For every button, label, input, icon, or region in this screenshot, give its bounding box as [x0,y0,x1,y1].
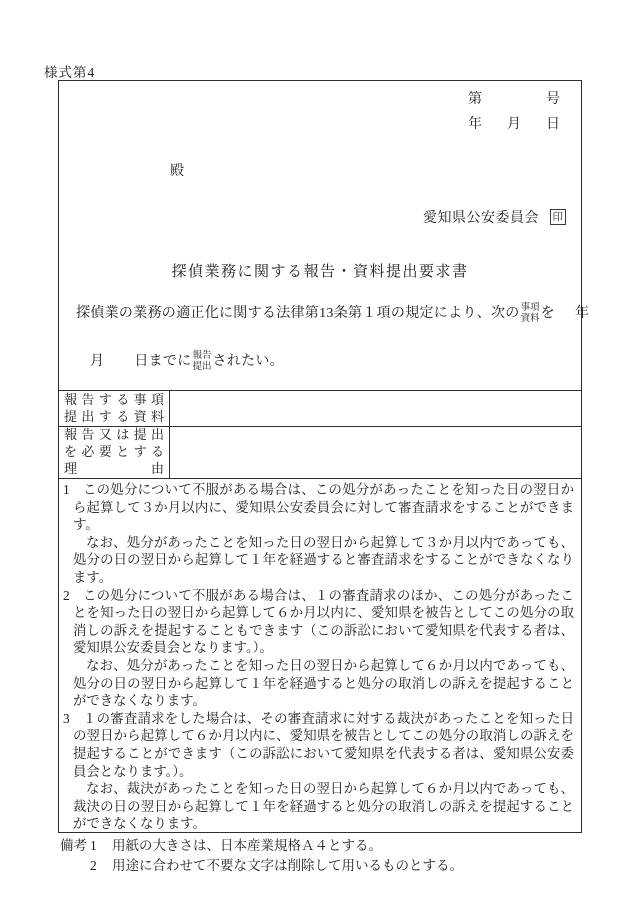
body-line1-particle: を [541,306,555,321]
note-1-supplement: なお、処分があったことを知った日の翌日から起算して３か月以内であっても、処分の日… [73,534,574,587]
form-number-label: 様式第4 [44,61,95,81]
note-1-main: 1この処分について不服がある場合は、この処分があったことを知った日の翌日から起算… [73,481,574,534]
table-label-line: 理 由 [64,461,164,478]
note-3-main: 3１の審査請求をした場合は、その審査請求に対する裁決があったことを知った日の翌日… [73,710,574,780]
issuer-line: 愛知県公安委員会 印 [423,207,566,227]
body-paragraph-line2: 月日までに報告提出されたい。 [76,350,284,372]
note-2-main: 2この処分について不服がある場合は、１の審査請求のほか、この処分があったことを知… [73,587,574,657]
stack-bottom: 資料 [521,314,540,325]
body-line1-year: 年 [575,306,589,321]
note-2: 2この処分について不服がある場合は、１の審査請求のほか、この処分があったことを知… [73,587,574,710]
doc-number-suffix: 号 [546,88,560,108]
date-line: 年 月 日 [468,113,560,133]
table-label-line: 報 告 又 は 提 出 [64,427,164,444]
remark-item-1: 備考 1 用紙の大きさは、日本産業規格Ａ４とする。 [60,836,463,856]
date-day-label: 日 [546,113,560,133]
note-text: この処分について不服がある場合は、１の審査請求のほか、この処分があったことを知っ… [73,588,574,656]
remark-text: 用途に合わせて不要な文字は削除して用いるものとする。 [112,856,463,876]
remark-text: 用紙の大きさは、日本産業規格Ａ４とする。 [112,836,382,856]
table-label-line: 報 告 す る 事 項 [64,392,164,409]
document-number-line: 第 号 [468,88,560,108]
issuer-name: 愛知県公安委員会 [423,207,539,227]
date-year-label: 年 [468,113,482,133]
table-label-line: 提 出 す る 資 料 [64,409,164,426]
table-label-line: を 必 要 と す る [64,444,164,461]
stack-report-or-submit: 報告提出 [193,351,212,372]
stack-bottom: 提出 [193,362,212,373]
body-line2-month: 月 [90,354,104,369]
appeal-notes-section: 1この処分について不服がある場合は、この処分があったことを知った日の翌日から起算… [59,478,581,832]
note-number: 3 [63,711,70,726]
remark-item-2: 2 用途に合わせて不要な文字は削除して用いるものとする。 [60,856,463,876]
note-3: 3１の審査請求をした場合は、その審査請求に対する裁決があったことを知った日の翌日… [73,710,574,833]
table-value-items [170,391,581,426]
remarks-label: 備考 [60,836,90,856]
body-paragraph-line1: 探偵業の業務の適正化に関する法律第13条第１項の規定により、次の事項資料を年 [76,302,589,324]
stack-top: 事項 [521,303,540,314]
document-title: 探偵業務に関する報告・資料提出要求書 [59,260,581,281]
note-number: 2 [63,588,70,603]
note-text: この処分について不服がある場合は、この処分があったことを知った日の翌日から起算し… [73,482,574,532]
table-label-reason: 報 告 又 は 提 出 を 必 要 と す る 理 由 [59,427,170,478]
stack-top: 報告 [193,351,212,362]
body-line1-text: 探偵業の業務の適正化に関する法律第13条第１項の規定により、次の [76,306,520,321]
note-3-supplement: なお、裁決があったことを知った日の翌日から起算して６か月以内であっても、裁決の日… [73,780,574,833]
note-text: １の審査請求をした場合は、その審査請求に対する裁決があったことを知った日の翌日か… [73,711,574,779]
doc-number-prefix: 第 [468,88,482,108]
report-table: 報 告 す る 事 項 提 出 す る 資 料 報 告 又 は 提 出 を 必 … [59,390,581,478]
seal-mark: 印 [550,209,566,225]
table-row-reason: 報 告 又 は 提 出 を 必 要 と す る 理 由 [59,426,581,478]
body-line2-tail: されたい。 [213,354,285,369]
remarks-label-spacer [60,856,90,876]
table-value-reason [170,427,581,478]
table-row-items: 報 告 す る 事 項 提 出 す る 資 料 [59,390,581,426]
note-2-supplement: なお、処分があったことを知った日の翌日から起算して６か月以内であっても、処分の日… [73,657,574,710]
form-outer-border: 第 号 年 月 日 殿 愛知県公安委員会 印 探偵業務に関する報告・資料提出要求… [58,80,582,833]
document-page: 様式第4 第 号 年 月 日 殿 愛知県公安委員会 印 探偵業務に関する報告・資… [0,0,630,903]
stack-item-or-material: 事項資料 [521,303,540,324]
addressee-suffix: 殿 [170,160,184,180]
remark-number: 2 [90,856,112,876]
remark-number: 1 [90,836,112,856]
note-number: 1 [63,482,70,497]
remarks-section: 備考 1 用紙の大きさは、日本産業規格Ａ４とする。 2 用途に合わせて不要な文字… [60,836,463,876]
date-month-label: 月 [507,113,521,133]
table-label-items: 報 告 す る 事 項 提 出 す る 資 料 [59,391,170,426]
body-line2-day-text: 日までに [134,354,191,369]
note-1: 1この処分について不服がある場合は、この処分があったことを知った日の翌日から起算… [73,481,574,587]
